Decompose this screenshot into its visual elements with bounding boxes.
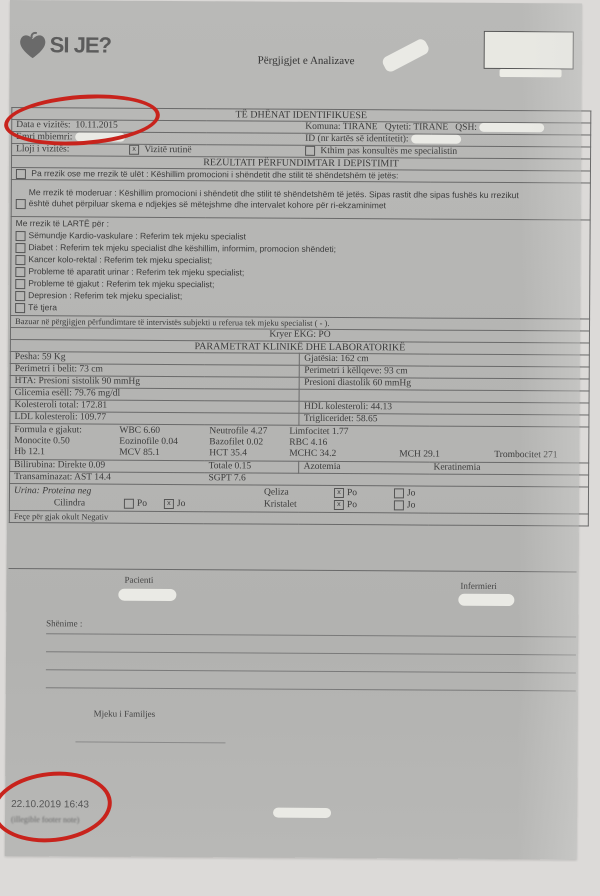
wbc: WBC 6.60 (119, 426, 209, 438)
blood-checkbox[interactable] (15, 279, 25, 289)
eosinophils: Eozinofile 0.04 (119, 437, 209, 449)
hb: Hb 12.1 (14, 447, 119, 459)
glycemia: Glicemia esëll: 79.76 mg/dl (10, 388, 300, 402)
mcv: MCV 85.1 (119, 448, 209, 460)
heart-logo-icon (18, 30, 48, 60)
document-title: Përgjigjet e Analizave (258, 55, 355, 68)
redacted-id (411, 135, 461, 144)
stool-test: Feçe për gjak okult Negativ (9, 511, 588, 527)
urine-label: Urina: Proteina neg (14, 485, 124, 498)
mch: MCH 29.1 (399, 450, 494, 462)
crystals-jo-checkbox[interactable] (394, 500, 404, 510)
high-risk-row: Me rrezik të LARTË për : Sëmundje Kardio… (11, 217, 591, 320)
location-cell: Komuna: TIRANE Qyteti: TIRANE QSH: (301, 121, 591, 135)
city-label: Qyteti: (385, 122, 411, 132)
high-risk-label: Probleme të gjakut : Referim tek mjeku s… (28, 278, 214, 289)
urine-row: Urina: Proteina neg Qeliza xPo Jo Cilind… (9, 484, 588, 515)
id-label: ID (nr kartës së identitetit): (305, 134, 408, 145)
jo-label: Jo (407, 489, 416, 499)
cells-po-checkbox[interactable]: x (334, 488, 344, 498)
waist: Perimetri i belit: 73 cm (10, 364, 300, 378)
notes-line (46, 669, 576, 673)
doctor-signature-line (75, 741, 225, 743)
high-risk-label: Probleme të aparatit urinar : Referim te… (28, 266, 244, 277)
basophils: Bazofilet 0.02 (209, 437, 289, 448)
lymphocytes: Limfocitet 1.77 (289, 427, 399, 439)
platelets: Trombocitet 271 (494, 450, 584, 462)
results-form: TË DHËNAT IDENTIFIKUESE Data e vizitës: … (9, 107, 592, 527)
patient-signature-label: Pacienti (124, 575, 153, 585)
no-risk-label: Pa rrezik ose me rrezik të ulët : Këshil… (31, 168, 398, 180)
po-label: Po (347, 488, 357, 498)
notes-line (46, 687, 576, 691)
routine-visit-label: Vizitë rutinë (144, 145, 191, 155)
diastolic: Presioni diastolik 60 mmHg (300, 377, 590, 391)
height: Gjatësia: 162 cm (300, 353, 590, 367)
return-visit-cell: Kthim pas konsultës me specialistin (301, 145, 591, 159)
hdl-cholesterol: HDL kolesteroli: 44.13 (299, 401, 589, 415)
creatinine: Keratinemia (429, 462, 588, 475)
notes-label: Shënime : (46, 618, 82, 628)
redacted-stamp-bar (500, 69, 562, 77)
id-cell: ID (nr kartës së identitetit): (301, 133, 591, 147)
redacted-nurse-name (458, 594, 514, 606)
ldl-cholesterol: LDL kolesteroli: 109.77 (10, 412, 300, 426)
return-visit-checkbox[interactable] (305, 146, 315, 156)
cylinders-jo-checkbox[interactable]: x (164, 499, 174, 509)
logo: SI JE? (18, 30, 111, 61)
bilirubin-direct: Bilirubina: Direkte 0.09 (10, 460, 205, 473)
cylinders-label: Cilindra (14, 497, 124, 510)
commune-label: Komuna: (305, 122, 340, 132)
ast: Transaminazat: AST 14.4 (10, 472, 205, 485)
crystals-label: Kristalet (264, 499, 334, 511)
neutrophils: Neutrofile 4.27 (209, 426, 289, 437)
high-risk-label: Sëmundje Kardio-vaskulare : Referim tek … (29, 230, 246, 241)
cardio-checkbox[interactable] (16, 231, 26, 241)
bilirubin-total: Totale 0.15 (205, 461, 300, 474)
total-cholesterol: Kolesteroli total: 172.81 (10, 400, 300, 414)
return-visit-label: Kthim pas konsultës me specialistin (320, 146, 457, 157)
high-risk-item: Të tjera (15, 301, 585, 316)
redacted-patient-name (118, 589, 176, 601)
qsh-label: QSH: (455, 123, 477, 133)
visit-type-label: Lloji i vizitës: (16, 144, 69, 154)
redacted-footer (273, 808, 331, 818)
high-risk-label: Diabet : Referim tek mjeku specialist dh… (28, 242, 336, 254)
po-label: Po (137, 499, 147, 509)
monocytes: Monocite 0.50 (14, 436, 119, 448)
other-checkbox[interactable] (15, 303, 25, 313)
crystals-po-checkbox[interactable]: x (334, 500, 344, 510)
moderate-risk-checkbox[interactable] (16, 199, 26, 209)
logo-text: SI JE? (50, 32, 111, 58)
azotemia: Azotemia (299, 461, 429, 474)
visit-type-cell: Lloji i vizitës: x Vizitë rutinë (12, 144, 302, 158)
nurse-signature-label: Infermieri (460, 581, 497, 591)
cells-label: Qeliza (264, 487, 334, 499)
redacted-qsh (479, 123, 544, 132)
mchc: MCHC 34.2 (289, 449, 399, 461)
rbc: RBC 4.16 (289, 438, 399, 450)
urinary-checkbox[interactable] (15, 267, 25, 277)
cells-jo-checkbox[interactable] (394, 488, 404, 498)
commune-value: TIRANE (343, 122, 378, 132)
family-doctor-label: Mjeku i Familjes (94, 709, 156, 719)
redacted-stamp (484, 31, 574, 70)
systolic: HTA: Presioni sistolik 90 mmHg (10, 376, 300, 390)
colorectal-checkbox[interactable] (15, 255, 25, 265)
blood-formula: Formula e gjakut: WBC 6.60 Neutrofile 4.… (10, 424, 589, 464)
routine-visit-checkbox[interactable]: x (129, 145, 139, 155)
city-value: TIRANE (413, 122, 448, 132)
jo-label: Jo (177, 499, 186, 509)
notes-line (46, 651, 576, 655)
diabetes-checkbox[interactable] (15, 243, 25, 253)
hip: Perimetri i këllqeve: 93 cm (300, 365, 590, 379)
high-risk-label: Depresion : Referim tek mjeku specialist… (28, 290, 182, 301)
no-risk-checkbox[interactable] (16, 169, 26, 179)
high-risk-label: Kancer kolo-rektal : Referim tek mjeku s… (28, 254, 212, 265)
notes-line (46, 633, 576, 637)
depression-checkbox[interactable] (15, 291, 25, 301)
moderate-risk-row: Me rrezik të moderuar : Këshillim promoc… (11, 180, 590, 221)
blood-formula-label: Formula e gjakut: (14, 425, 119, 437)
po-label: Po (347, 500, 357, 510)
weight: Pesha: 59 Kg (10, 352, 300, 366)
divider (9, 568, 577, 572)
high-risk-label: Të tjera (28, 302, 57, 312)
triglycerides: Trigliceridet: 58.65 (299, 413, 589, 427)
hct: HCT 35.4 (209, 448, 289, 459)
redacted-signature (381, 37, 431, 73)
jo-label: Jo (407, 501, 416, 511)
cylinders-po-checkbox[interactable] (124, 499, 134, 509)
